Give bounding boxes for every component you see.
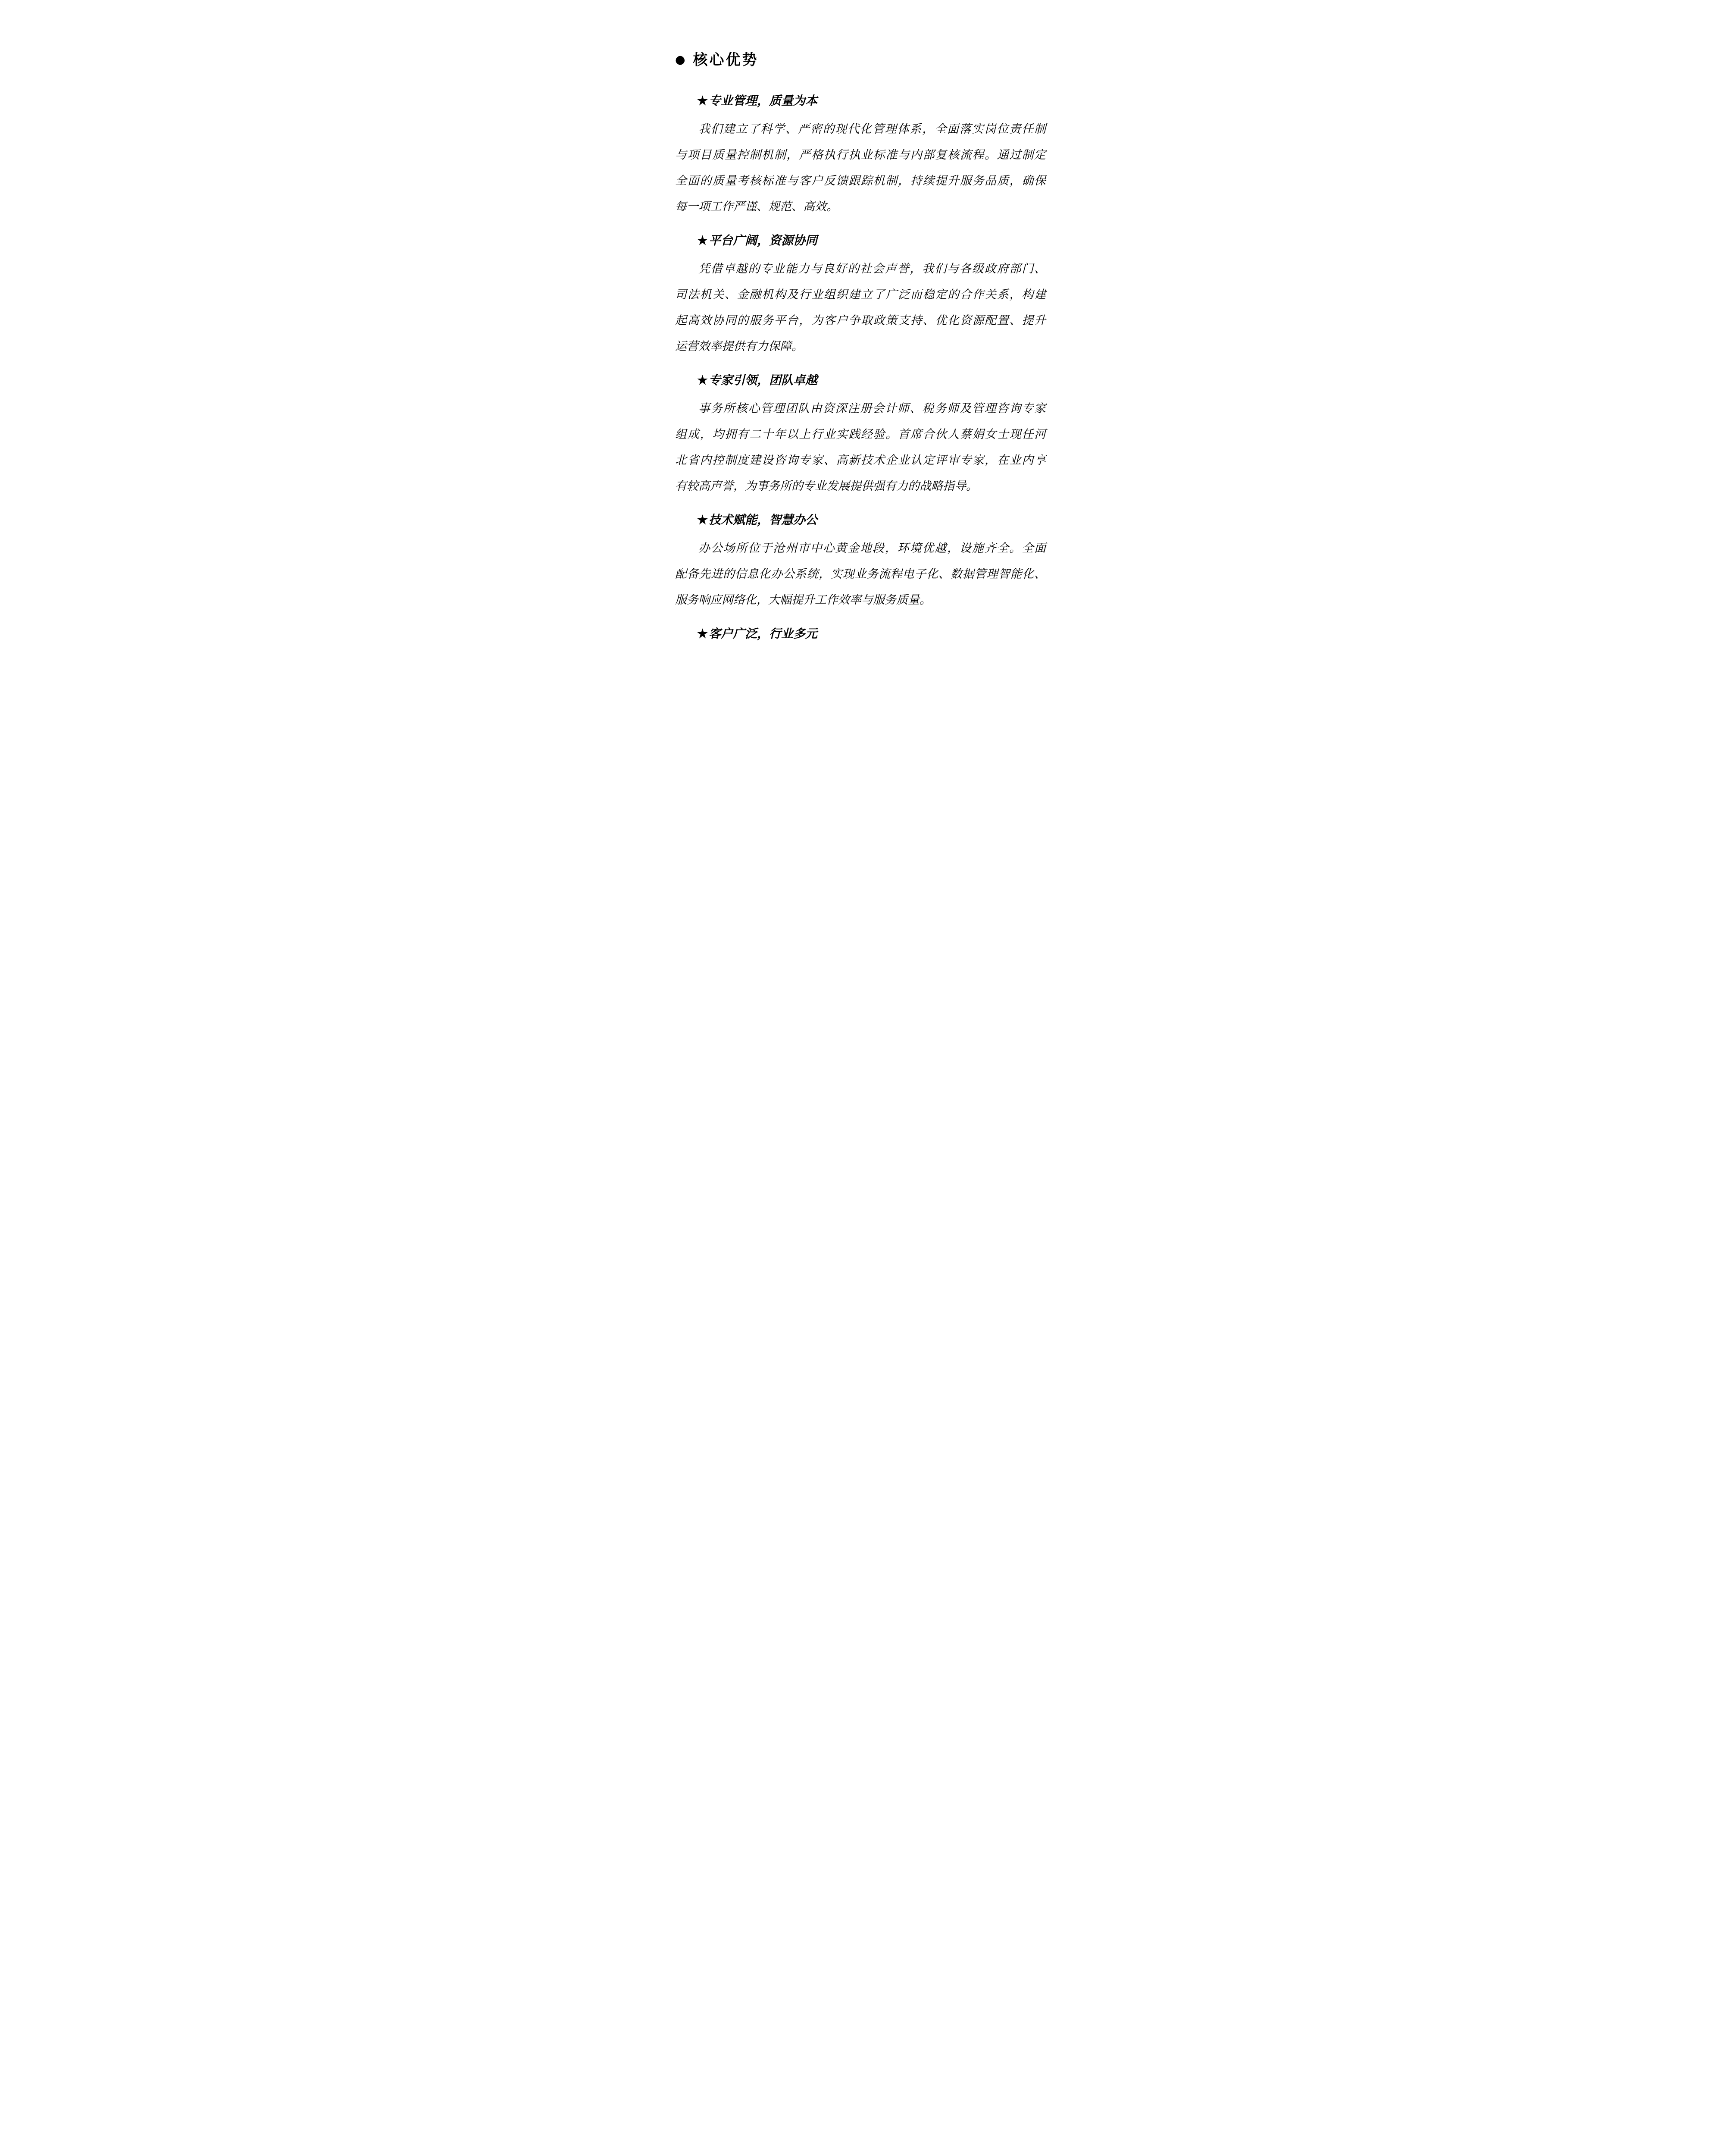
section-heading-text: 客户广泛，行业多元	[709, 627, 817, 641]
section-heading-text: 技术赋能，智慧办公	[709, 513, 817, 527]
section-heading-text: 专业管理，质量为本	[709, 94, 817, 108]
star-icon: ★	[697, 513, 708, 527]
text-line: 北省内控制度建设咨询专家、高新技术企业认定评审专家，在业内享	[675, 448, 1046, 473]
star-icon: ★	[697, 627, 708, 641]
paragraph: 事务所核心管理团队由资深注册会计师、税务师及管理咨询专家 组成，均拥有二十年以上…	[675, 396, 1046, 499]
text-line: 服务响应网络化，大幅提升工作效率与服务质量。	[675, 587, 1046, 613]
text-line: 运营效率提供有力保障。	[675, 334, 1046, 360]
section-heading: ★平台广阔，资源协同	[675, 228, 1046, 254]
document-page: ● 核心优势 ★专业管理，质量为本 我们建立了科学、严密的现代化管理体系，全面落…	[599, 0, 1112, 726]
text-line: 我们建立了科学、严密的现代化管理体系，全面落实岗位责任制	[675, 116, 1046, 142]
star-icon: ★	[697, 94, 708, 108]
section-broad-platform: ★平台广阔，资源协同 凭借卓越的专业能力与良好的社会声誉，我们与各级政府部门、 …	[675, 228, 1046, 360]
text-line: 配备先进的信息化办公系统，实现业务流程电子化、数据管理智能化、	[675, 561, 1046, 587]
section-technology-office: ★技术赋能，智慧办公 办公场所位于沧州市中心黄金地段，环境优越，设施齐全。全面 …	[675, 507, 1046, 613]
page-title-text: 核心优势	[693, 45, 759, 75]
section-heading: ★专业管理，质量为本	[675, 88, 1046, 114]
text-line: 司法机关、金融机构及行业组织建立了广泛而稳定的合作关系，构建	[675, 282, 1046, 308]
text-line: 有较高声誉，为事务所的专业发展提供强有力的战略指导。	[675, 473, 1046, 499]
text-line: 凭借卓越的专业能力与良好的社会声誉，我们与各级政府部门、	[675, 256, 1046, 282]
text-line: 全面的质量考核标准与客户反馈跟踪机制，持续提升服务品质，确保	[675, 168, 1046, 194]
paragraph: 凭借卓越的专业能力与良好的社会声誉，我们与各级政府部门、 司法机关、金融机构及行…	[675, 256, 1046, 360]
section-heading-text: 专家引领，团队卓越	[709, 373, 817, 387]
text-line: 每一项工作严谨、规范、高效。	[675, 194, 1046, 220]
page-content: ● 核心优势 ★专业管理，质量为本 我们建立了科学、严密的现代化管理体系，全面落…	[675, 0, 1046, 647]
text-line: 办公场所位于沧州市中心黄金地段，环境优越，设施齐全。全面	[675, 536, 1046, 561]
paragraph: 我们建立了科学、严密的现代化管理体系，全面落实岗位责任制 与项目质量控制机制，严…	[675, 116, 1046, 220]
text-line: 与项目质量控制机制，严格执行执业标准与内部复核流程。通过制定	[675, 142, 1046, 168]
page-title: ● 核心优势	[675, 45, 1046, 75]
star-icon: ★	[697, 233, 708, 248]
bullet-icon: ●	[675, 45, 685, 75]
section-diverse-clients: ★客户广泛，行业多元	[675, 621, 1046, 647]
section-heading-text: 平台广阔，资源协同	[709, 233, 817, 248]
section-professional-management: ★专业管理，质量为本 我们建立了科学、严密的现代化管理体系，全面落实岗位责任制 …	[675, 88, 1046, 220]
star-icon: ★	[697, 373, 708, 387]
section-heading: ★专家引领，团队卓越	[675, 367, 1046, 393]
section-heading: ★技术赋能，智慧办公	[675, 507, 1046, 533]
section-heading: ★客户广泛，行业多元	[675, 621, 1046, 647]
text-line: 事务所核心管理团队由资深注册会计师、税务师及管理咨询专家	[675, 396, 1046, 422]
text-line: 起高效协同的服务平台，为客户争取政策支持、优化资源配置、提升	[675, 308, 1046, 334]
paragraph: 办公场所位于沧州市中心黄金地段，环境优越，设施齐全。全面 配备先进的信息化办公系…	[675, 536, 1046, 613]
text-line: 组成，均拥有二十年以上行业实践经验。首席合伙人蔡娟女士现任河	[675, 422, 1046, 448]
section-expert-team: ★专家引领，团队卓越 事务所核心管理团队由资深注册会计师、税务师及管理咨询专家 …	[675, 367, 1046, 499]
